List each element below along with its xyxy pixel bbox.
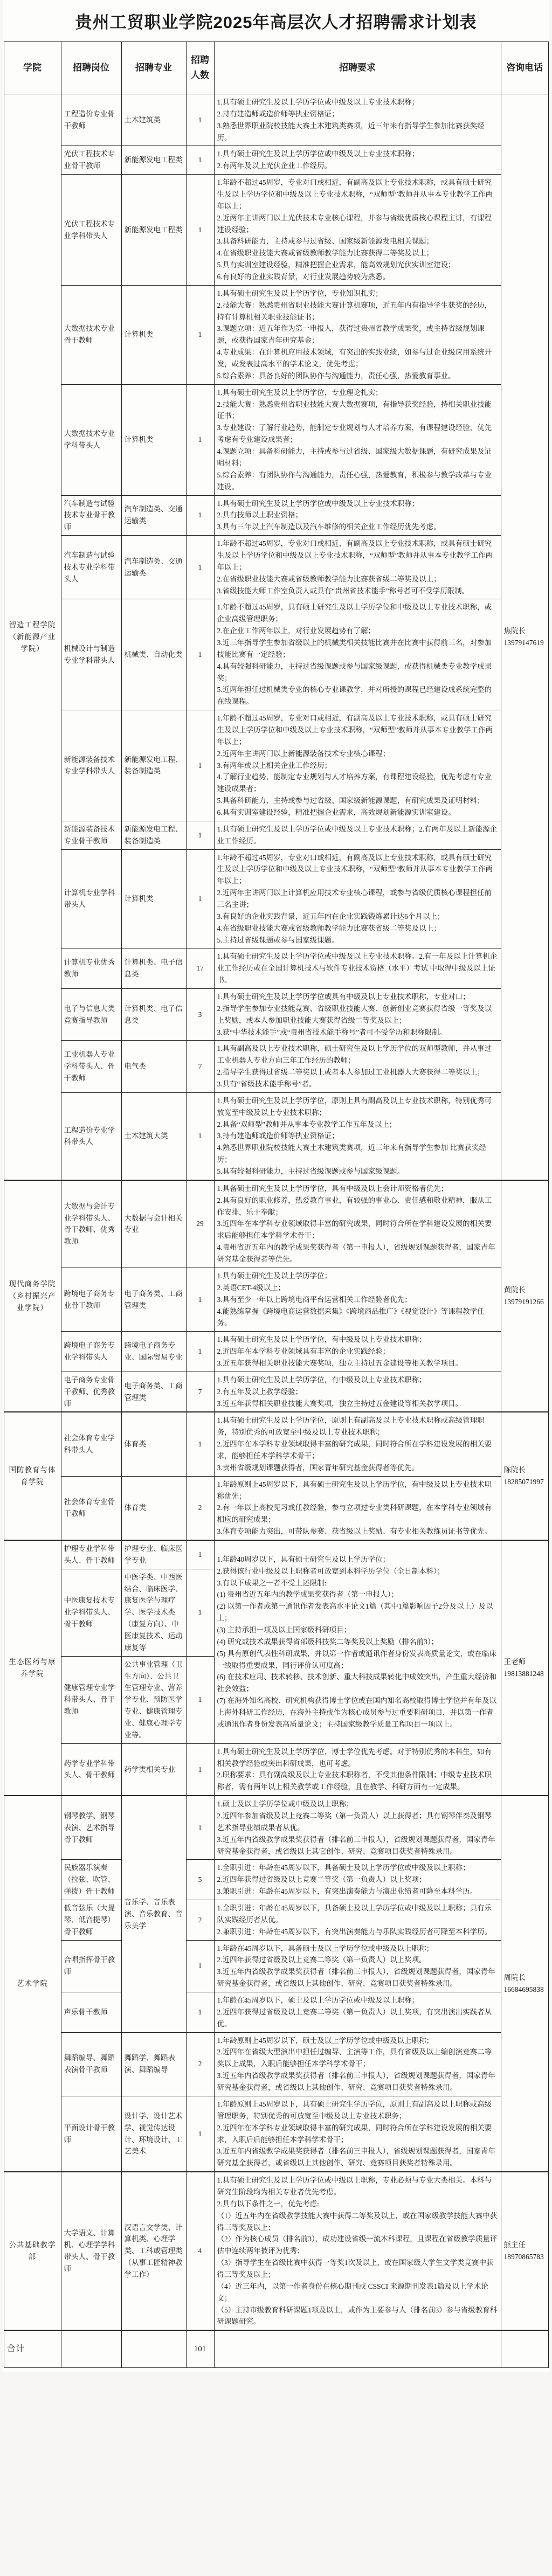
requirement-line: 3.课题立项：近五年作为第一申报人，获得过贵州省教学成果奖，或主持省级规划课题，… xyxy=(217,323,498,347)
header-college: 学院 xyxy=(4,42,61,94)
position-cell: 声乐骨干教师 xyxy=(61,1992,121,2033)
requirement-line: 3.兼职引进：年龄在45周岁以下，有突出演奏能力与演出业绩者可降至本科学历。 xyxy=(217,1886,498,1898)
position-cell: 汽车制造与试验技术专业学科带头人 xyxy=(61,536,121,599)
phone-cell: 黄院长13979191266 xyxy=(501,1180,548,1412)
requirement-line: 6.有良好的企业实践背景，对行业发展趋势较为熟悉。 xyxy=(217,271,498,283)
requirements-cell: 1.具有硕士研究生及以上学历学位，专业理论扎实；2.技能大赛：熟悉贵州省职业技能… xyxy=(214,384,501,495)
requirement-line: 2.获得该行业中级及以上职称者可放宽到本科学历学位（全日制本科）； xyxy=(217,1566,498,1577)
requirement-line: 3.熟悉世界职业院校技能大赛土木建筑类赛项，近三年来有指导学生参加比赛获奖经历。 xyxy=(217,120,498,144)
requirement-line: 1.具有硕士研究生及以上学历学位，博士学位优先考虑。对于特别优秀的本科生，如有相… xyxy=(217,1746,498,1770)
contact-phone: 19813881248 xyxy=(504,1668,546,1680)
table-row: 国防教育与体育学院社会体育专业学科带头人体育类11.具有硕士研究生及以上学历学位… xyxy=(4,1412,548,1476)
major-cell: 计算机类、电子信息类 xyxy=(121,948,186,989)
requirement-line: 4.熟悉世界职业院校技能大赛土木建筑类赛项，近三年来有指导学生参加 比赛获奖经历… xyxy=(217,1142,498,1166)
requirements-cell: 1.具有硕士研究生及以上学历学位，原则上有副高及以上专业技术职称或高级管理职务，… xyxy=(214,1412,501,1476)
count-cell: 5 xyxy=(186,1860,214,1900)
position-cell: 计算机专业优秀教师 xyxy=(61,948,121,989)
requirements-cell: 1.年龄不超过45周岁，具有硕士研究生及以上学历学位和中级及以上专业技术职称，或… xyxy=(214,599,501,710)
requirement-line: 1.年龄在45周岁以下，硕士及以上学历学位或中级及以上职称； xyxy=(217,1995,498,2006)
position-cell: 计算机专业学科带头人 xyxy=(61,849,121,948)
requirements-cell: 1.具有硕士研究生及以上学历学位或中级及以上专业技术职称。2.有一年及以上计算机… xyxy=(214,948,501,989)
position-cell: 平面设计骨干教师 xyxy=(61,2096,121,2172)
requirement-line: 1.具有硕士研究生及以上学历学位或中级及以上专业技术职称； xyxy=(217,498,498,510)
major-cell: 设计学、设计艺术学、视觉传达设计、环境设计、工艺美术 xyxy=(121,2096,186,2172)
requirement-line: 2.近两年主讲两门以上新能源装备技术专业核心课程； xyxy=(217,748,498,760)
requirement-line: (5) 具有原创代表性科研成果，并以第一作者或通讯作者身份发表高质量论文，或在临… xyxy=(217,1648,498,1672)
requirement-line: 2.近四年获得过省级及以上竞赛二等奖（第一负责人）以上奖项； xyxy=(217,1874,498,1886)
college-cell: 公共基础教学部 xyxy=(4,2172,61,2330)
table-row: 大数据技术专业骨干教师计算机类11.具有硕士研究生及以上学历学位，专业知识扎实；… xyxy=(4,285,548,384)
major-cell: 新能源发电工程类 xyxy=(121,175,186,286)
college-cell: 艺术学院 xyxy=(4,1796,61,2172)
count-cell: 1 xyxy=(186,1569,214,1656)
requirement-line: 2.近四年在省级大型演出中担任过编导、主演等工作，具有省级及以上编创演竞赛二等奖… xyxy=(217,2046,498,2070)
requirement-line: 1.具有硕士研究生及以上学历学位； xyxy=(217,1270,498,1282)
table-row: 合唱指挥骨干教师11.年龄在45周岁以下，具备硕士及以上学历学位或中级及以上职称… xyxy=(4,1940,548,1992)
count-cell: 1 xyxy=(186,1092,214,1180)
requirement-line: 2.指导学生参加专业技能竞赛、省级职业技能大赛、创新创业竞赛获得省级一等奖及以上… xyxy=(217,1003,498,1027)
major-cell: 新能源发电工程、装备制造类 xyxy=(121,821,186,849)
table-row: 生态医药与康养学院护理专业学科带头人、骨干教师护理专业、临床医学专业11.年龄4… xyxy=(4,1540,548,1569)
phone-cell: 周院长16684695838 xyxy=(501,1796,548,2172)
requirement-line: 3.有良好的企业实践背景，近五年内在企业实践锻炼累计达6个月以上； xyxy=(217,911,498,923)
requirement-line: 1.年龄原则上45周岁以下，具有硕士研究生及以上学历学位，有中级及以上专业技术职… xyxy=(217,1479,498,1502)
phone-cell: 王老师19813881248 xyxy=(501,1540,548,1796)
college-cell: 生态医药与康养学院 xyxy=(4,1540,61,1796)
table-row: 汽车制造与试验技术专业学科带头人汽车制造类、交通运输类11.年龄不超过45周岁，… xyxy=(4,536,548,599)
requirements-cell: 1.具有硕士研究生及以上学历学位或中级以上职称，专业必须与专业大类相关。本科与研… xyxy=(214,2172,501,2330)
total-phone-empty xyxy=(501,2330,548,2368)
requirement-line: 1.年龄原则上45周岁以下，具有硕士研究生学历学位，原则上有副高及以上职称或高级… xyxy=(217,2099,498,2122)
requirement-line: 5.综合素养：具备良好的团队协作与沟通能力，责任心强，热爱教育事业。 xyxy=(217,370,498,382)
phone-cell: 熊主任18970865783 xyxy=(501,2172,548,2330)
requirement-line: 3.近五年内省级教学成果奖获得者（排名前三申报人），省级规划课题获得者，国家青年… xyxy=(217,1834,498,1858)
requirement-line: 1.硕士及以上学历学位或中级及以上职称； xyxy=(217,1798,498,1810)
requirement-line: 2.技能大赛：熟悉贵州省职业技能大赛大数据赛项，有指导获奖经验，持相关职业技能证… xyxy=(217,399,498,423)
header-count: 招聘 人数 xyxy=(186,42,214,94)
requirement-line: 2.近四年参加省级及以上竞赛二等奖（第一负责人）以上获得者；具有钢琴伴奏及钢琴艺… xyxy=(217,1810,498,1834)
requirements-cell: 1.具有硕士研究生及以上学历学位或中级及以上专业技术职称；2.有两年及以上光伏企… xyxy=(214,146,501,175)
requirement-line: 2.近四年获得过省级及以上竞赛二等奖（第一负责人）以上奖项。 xyxy=(217,1954,498,1966)
major-cell: 土木建筑类 xyxy=(121,94,186,146)
requirement-line: 1.具有硕士研究生及以上学历学位，专业理论扎实； xyxy=(217,387,498,399)
requirement-line: 2.具有良好的职业修养，热爱教育事业，有较强的事业心、责任感和敬业精神，服从工作… xyxy=(217,1195,498,1218)
total-position-empty xyxy=(61,2330,121,2368)
major-cell: 护理专业、临床医学专业 xyxy=(121,1540,186,1569)
major-cell: 公共事业管理（卫生方向）、公共卫生管理专业、营养学专业、预防医学专业、健康管理专… xyxy=(121,1656,186,1743)
table-row: 工程造价专业学科带头人土木建筑大类11.具有硕士研究生及以上学历学位，原则上具有… xyxy=(4,1092,548,1180)
table-row: 低音弦乐（大提琴、低音提琴）骨干教师21.全职引进：年龄在45周岁以下，具备硕士… xyxy=(4,1900,548,1941)
requirement-line: 2.具有以下条件之一，优先考虑: xyxy=(217,2198,498,2210)
requirements-cell: 1.全职引进：年龄在45周岁以下，具备硕士及以上学历学位或中级及以上职称；具有乐… xyxy=(214,1900,501,1941)
requirement-line: （1）近五年内在省级教学技能大赛中获得二等奖及以上，或在国家级教学技能大赛中获得… xyxy=(217,2210,498,2234)
requirements-cell: 1.年龄原则上45周岁以下，具有硕士研究生学历学位，原则上有副高及以上职称或高级… xyxy=(214,2096,501,2172)
requirement-line: （4）近三年内，以第一作者身份在核心期刊或 CSSCI 来源期刊发表1篇及以上学… xyxy=(217,2281,498,2304)
requirement-line: 3.具有“省级技术能手称号”者。 xyxy=(217,1078,498,1090)
major-cell: 计算机类 xyxy=(121,285,186,384)
requirement-line: 3.近五年获得相关职业技能大赛奖项，独立主持过五金建设等相关教学项目。 xyxy=(217,1358,498,1369)
total-requirements-empty xyxy=(214,2330,501,2368)
position-cell: 民族器乐演奏（拉弦、吹管、弹拨）骨干教师 xyxy=(61,1860,121,1900)
header-position: 招聘岗位 xyxy=(61,42,121,94)
requirement-line: 3.近五年内省级教学成果奖获得者（排名前三申报人），省级规划课题获得者，国家青年… xyxy=(217,2070,498,2094)
requirements-cell: 1.年龄在45周岁以下，硕士及以上学历学位或中级及以上职称；2.近四年获得过省级… xyxy=(214,1992,501,2033)
contact-name: 周院长 xyxy=(504,1972,546,1984)
contact-name: 熊主任 xyxy=(504,2239,546,2251)
requirement-line: 5.具有实训室建设经验，精准把握企业需求，能高效规划光伏实训室建设； xyxy=(217,259,498,271)
position-cell: 大数据技术专业骨干教师 xyxy=(61,285,121,384)
contact-phone: 13979191266 xyxy=(504,1296,546,1308)
count-cell: 1 xyxy=(186,1332,214,1372)
requirements-cell: 1.具有副高及以上专业技术职称，硕士研究生及以上学历学位的双师型教师，并从事过工… xyxy=(214,1041,501,1092)
requirement-line: 1.年龄在45周岁以下，具备硕士及以上学历学位或中级及以上职称； xyxy=(217,1943,498,1955)
requirement-line: 5.主持过省级课题或参与国家级课题。 xyxy=(217,934,498,946)
requirement-line: 1.具有硕士研究生及以上学历学位，专业知识扎实； xyxy=(217,288,498,300)
position-cell: 电子与信息大类竞赛指导教师 xyxy=(61,989,121,1041)
requirement-line: 1.年龄40周岁以下，具有硕士研究生及以上学历学位； xyxy=(217,1554,498,1566)
count-cell: 1 xyxy=(186,1796,214,1860)
major-cell: 计算机类、电子信息类 xyxy=(121,989,186,1041)
requirement-line: (2) 以第一作者或第一通讯作者发表高水平论文1篇（其中1篇影响因子2分及以上）… xyxy=(217,1601,498,1624)
requirements-cell: 1.年龄在45周岁以下，具备硕士及以上学历学位或中级及以上职称；2.近四年获得过… xyxy=(214,1940,501,1992)
requirement-line: （2）作为核心成员（排名前3），成功建设省级一流本科课程，且课程在省级教学质量评… xyxy=(217,2233,498,2257)
requirement-line: 2.持有建造师或造价师等执业资格证； xyxy=(217,108,498,120)
count-cell: 1 xyxy=(186,1268,214,1331)
table-row: 社会体育专业骨干教师体育类21.年龄原则上45周岁以下，具有硕士研究生及以上学历… xyxy=(4,1476,548,1540)
table-row: 工业机器人专业学科带头人、骨干教师电气类71.具有副高及以上专业技术职称，硕士研… xyxy=(4,1041,548,1092)
table-row: 跨境电子商务专业骨干教师电子商务类、工商管理类11.具有硕士研究生及以上学历学位… xyxy=(4,1268,548,1331)
count-cell: 17 xyxy=(186,948,214,989)
position-cell: 药学专业学科带头人、骨干教师 xyxy=(61,1743,121,1796)
phone-cell: 焦院长13979147619 xyxy=(501,94,548,1180)
contact-phone: 13979147619 xyxy=(504,637,546,649)
requirements-cell: 1.年龄原则上45周岁以下，硕士及以上学历学位或中级及以上职称；2.近四年在省级… xyxy=(214,2032,501,2096)
count-cell: 1 xyxy=(186,384,214,495)
requirement-line: 2.技能大赛：熟悉贵州省职业技能大赛计算机赛项，近五年内有指导学生获奖的经历，持… xyxy=(217,300,498,323)
requirement-line: 4.在省级职业技能大赛或省级教师教学能力比赛获省级二等奖及以上； xyxy=(217,923,498,934)
position-cell: 汽车制造与试验技术专业骨干教师 xyxy=(61,495,121,536)
major-cell: 中医学类、中西医结合、临床医学、康复医学与理疗学、医学技术类（康复方向）、中医康… xyxy=(121,1569,186,1656)
requirement-line: 2.在省级职业技能大赛或省级教师教学能力比赛获省级二等奖及以上； xyxy=(217,573,498,585)
major-cell: 音乐学、音乐表演、音乐教育、音乐美学 xyxy=(121,1796,186,2032)
count-cell: 7 xyxy=(186,1372,214,1412)
count-cell: 1 xyxy=(186,1992,214,2033)
count-cell: 1 xyxy=(186,599,214,710)
requirement-line: (3) 主持承担一项及以上国家级科研项目； xyxy=(217,1624,498,1636)
requirement-line: (7) 在海外知名高校、研究机构获得博士学位或在国内知名高校取得博士学位并有年及… xyxy=(217,1695,498,1730)
requirement-line: 3.近五年获得相关职业技能大赛奖项，独立主持过五金建设等相关教学项目。 xyxy=(217,1398,498,1410)
recruitment-table: 学院 招聘岗位 招聘专业 招聘 人数 招聘要求 咨询电话 智造工程学院（新能源产… xyxy=(4,41,549,2368)
requirement-line: 3.近三年指导学生参加省级以上的机械类相关技能比赛并在比赛中获得前三名，对参加技… xyxy=(217,637,498,661)
major-cell: 大数据与会计相关专业 xyxy=(121,1180,186,1268)
position-cell: 跨境电子商务专业骨干教师 xyxy=(61,1268,121,1331)
requirement-line: 2.在企业工作两年以上，对行业发展趋势有了解； xyxy=(217,625,498,637)
requirements-cell: 1.具有硕士研究生及以上学历学位或中级及以上专业技术职称；2.持有建造师或造价师… xyxy=(214,94,501,146)
requirement-line: 3.贵州省级规划课题获得者，国家青年研究基金获得者等优先。 xyxy=(217,1462,498,1474)
requirements-cell: 1.具有硕士研究生及以上学历学位，原则上具有副高及以上专业技术职称，特别优秀可放… xyxy=(214,1092,501,1180)
requirement-line: 4.能熟练掌握《跨境电商运营数据采集》《跨境商品推广》《视觉设计》等课程教学任务… xyxy=(217,1306,498,1329)
total-label: 合计 xyxy=(4,2330,61,2368)
position-cell: 电子商务专业骨干教师、优秀教师 xyxy=(61,1372,121,1412)
college-cell: 国防教育与体育学院 xyxy=(4,1412,61,1540)
count-cell: 1 xyxy=(186,1743,214,1796)
table-body: 智造工程学院（新能源产业学院）工程造价专业骨干教师土木建筑类11.具有硕士研究生… xyxy=(4,94,548,2368)
total-major-empty xyxy=(121,2330,186,2368)
count-cell: 1 xyxy=(186,495,214,536)
count-cell: 1 xyxy=(186,821,214,849)
count-cell: 1 xyxy=(186,710,214,821)
contact-phone: 18970865783 xyxy=(504,2251,546,2263)
position-cell: 工程造价专业骨干教师 xyxy=(61,94,121,146)
table-row: 声乐骨干教师11.年龄在45周岁以下，硕士及以上学历学位或中级及以上职称；2.近… xyxy=(4,1992,548,2033)
requirements-cell: 1.具有硕士研究生及以上学历学位，专业知识扎实；2.技能大赛：熟悉贵州省职业技能… xyxy=(214,285,501,384)
major-cell: 机械类、自动化类 xyxy=(121,599,186,710)
table-row: 民族器乐演奏（拉弦、吹管、弹拨）骨干教师51.全职引进：年龄在45周岁以下，具备… xyxy=(4,1860,548,1900)
count-cell: 2 xyxy=(186,1476,214,1540)
contact-name: 焦院长 xyxy=(504,625,546,637)
header-major: 招聘专业 xyxy=(121,42,186,94)
requirement-line: 4.具有较强科研能力，主持过省级课题或参与国家级课题，或获得机械类专业教学成果奖… xyxy=(217,661,498,684)
count-cell: 2 xyxy=(186,1900,214,1941)
requirement-line: 3.体育专项能力突出，可带队参赛、获省级以上奖励、有专业相关教练员证书等优先。 xyxy=(217,1526,498,1538)
requirements-cell: 1.年龄40周岁以下，具有硕士研究生及以上学历学位；2.获得该行业中级及以上职称… xyxy=(214,1540,501,1743)
position-cell: 中医康复技术专业学科带头人、骨干教师 xyxy=(61,1569,121,1656)
table-row: 新能源装备技术专业学科带头人新能源发电工程、装备制造类11.年龄不超过45周岁，… xyxy=(4,710,548,821)
requirement-line: 1.具有硕士研究生及以上学历学位，原则上有副高及以上专业技术职称或高级管理职务，… xyxy=(217,1415,498,1438)
requirement-line: 2.有五年及以上教学经验； xyxy=(217,1386,498,1398)
requirement-line: 2.有一年以上高校见习或任教经验，参与立项过专业类科研课题，在本学科专业领域有相… xyxy=(217,1502,498,1526)
position-cell: 健康管理专业学科带头人、骨干教师 xyxy=(61,1656,121,1743)
requirement-line: 2.近两年主讲两门以上计算机应用技术专业核心课程，或参与省级优质核心课程担任前三… xyxy=(217,887,498,911)
table-row: 新能源装备技术专业骨干教师新能源发电工程、装备制造类11.具有硕士研究生及以上学… xyxy=(4,821,548,849)
contact-phone: 16684695838 xyxy=(504,1984,546,1996)
requirement-line: 1.具有硕士研究生及以上学历学位或中级及以上专业技术职称； xyxy=(217,148,498,160)
requirement-line: 2.职称要求：具有副高级及以上专业技术职称者，不受其他条件限制；中级专业技术职称… xyxy=(217,1769,498,1793)
position-cell: 护理专业学科带头人、骨干教师 xyxy=(61,1540,121,1569)
table-row: 大数据技术专业学科带头人计算机类11.具有硕士研究生及以上学历学位，专业理论扎实… xyxy=(4,384,548,495)
requirement-line: 1.全职引进：年龄在45周岁以下，具备硕士及以上学历学位或中级及以上职称；具有乐… xyxy=(217,1902,498,1926)
table-row: 电子与信息大类竞赛指导教师计算机类、电子信息类31.具有硕士研究生及以上学历学位… xyxy=(4,989,548,1041)
requirements-cell: 1.具有硕士研究生及以上学历学位；2.英语CET-4级以上；3.具有至少一年以上… xyxy=(214,1268,501,1331)
header-requirements: 招聘要求 xyxy=(214,42,501,94)
count-cell: 1 xyxy=(186,536,214,599)
requirements-cell: 1.具有硕士研究生及以上学历学位或中级及以上专业技术职称；2.有两年及以上新能源… xyxy=(214,821,501,849)
header-row: 学院 招聘岗位 招聘专业 招聘 人数 招聘要求 咨询电话 xyxy=(4,42,548,94)
requirement-line: 3.近五年内省级教学成果奖获得者（排名前三申报人），省级规划课题获得者，国家青年… xyxy=(217,2145,498,2169)
major-cell: 体育类 xyxy=(121,1476,186,1540)
count-cell: 1 xyxy=(186,1540,214,1569)
requirement-line: 4.专业成果：在计算机应用技术领域，有突出的实践业绩，如参与过企业级应用系统开发… xyxy=(217,347,498,370)
table-row: 汽车制造与试验技术专业骨干教师汽车制造类、交通运输类11.具有硕士研究生及以上学… xyxy=(4,495,548,536)
table-row: 电子商务专业骨干教师、优秀教师电子商务类、工商管理类71.具有硕士研究生及以上学… xyxy=(4,1372,548,1412)
requirement-line: 4.贵州省近五年内的教学成果奖获得者（第一申报人），省级规划课题获得者，国家青年… xyxy=(217,1242,498,1265)
count-cell: 1 xyxy=(186,1656,214,1743)
major-cell: 体育类 xyxy=(121,1412,186,1476)
requirements-cell: 1.具有硕士研究生及以上学历学位，博士学位优先考虑。对于特别优秀的本科生，如有相… xyxy=(214,1743,501,1796)
requirement-line: 2.具有技师以上职业资格； xyxy=(217,509,498,521)
major-cell: 舞蹈学、舞蹈表演、舞蹈编导 xyxy=(121,2032,186,2096)
requirement-line: 5.近两年担任过机械类专业的核心专业课教学，并对所授的课程已经建设成系统完整的在… xyxy=(217,684,498,708)
requirements-cell: 1.全职引进：年龄在45周岁以下，具备硕士及以上学历学位或中级及以上职称；2.近… xyxy=(214,1860,501,1900)
count-cell: 29 xyxy=(186,1180,214,1268)
requirement-line: 1.年龄不超过45周岁，专业对口或相近，有副高及以上专业技术职称，或具有硕士研究… xyxy=(217,852,498,888)
count-cell: 2 xyxy=(186,2032,214,2096)
requirement-line: 1.年龄不超过45周岁，具有硕士研究生及以上学历学位和中级及以上专业技术职称，或… xyxy=(217,601,498,625)
major-cell: 电子商务类、工商管理类 xyxy=(121,1268,186,1331)
contact-name: 王老师 xyxy=(504,1656,546,1668)
major-cell: 跨境电子商务专业、国际贸易专业 xyxy=(121,1332,186,1372)
table-row: 光伏工程技术专业学科带头人新能源发电工程类11.年龄不超过45周岁，专业对口或相… xyxy=(4,175,548,286)
major-cell: 土木建筑大类 xyxy=(121,1092,186,1180)
requirement-line: 4.了解行业趋势，能制定专业规划与人才培养方案，有课程建设经验，优先考虑有专业建… xyxy=(217,771,498,795)
requirement-line: 1.年龄原则上45周岁以下，硕士及以上学历学位或中级及以上职称； xyxy=(217,2035,498,2047)
position-cell: 钢琴教学、钢琴表演、艺术指导骨干教师 xyxy=(61,1796,121,1860)
count-cell: 1 xyxy=(186,1940,214,1992)
phone-cell: 陈院长18285071997 xyxy=(501,1412,548,1540)
requirements-cell: 1.具有硕士研究生及以上学历学位，有中级及以上专业技术职称；2.有五年及以上教学… xyxy=(214,1372,501,1412)
requirements-cell: 1.具有硕士研究生及以上学历学位或中级及以上专业技术职称；2.具有技师以上职业资… xyxy=(214,495,501,536)
count-cell: 1 xyxy=(186,849,214,948)
requirement-line: 2.具备“双师型”教师并从事本专业教学工作五年及以上； xyxy=(217,1119,498,1131)
requirement-line: 1.具有硕士研究生及以上学历学位或具有中级及以上专业技术职称，专业对口； xyxy=(217,991,498,1003)
position-cell: 光伏工程技术专业骨干教师 xyxy=(61,146,121,175)
count-cell: 7 xyxy=(186,1041,214,1092)
position-cell: 新能源装备技术专业学科带头人 xyxy=(61,710,121,821)
table-row: 平面设计骨干教师设计学、设计艺术学、视觉传达设计、环境设计、工艺美术11.年龄原… xyxy=(4,2096,548,2172)
requirements-cell: 1.具有硕士研究生及以上学历学位或具有中级及以上专业技术职称，专业对口；2.指导… xyxy=(214,989,501,1041)
college-cell: 智造工程学院（新能源产业学院） xyxy=(4,94,61,1180)
position-cell: 社会体育专业骨干教师 xyxy=(61,1476,121,1540)
requirements-cell: 1.年龄不超过45周岁，专业对口或相近，有副高及以上专业技术职称，或具有硕士研究… xyxy=(214,175,501,286)
major-cell: 汽车制造类、交通运输类 xyxy=(121,495,186,536)
major-cell: 电子商务类、工商管理类 xyxy=(121,1372,186,1412)
major-cell: 计算机类 xyxy=(121,849,186,948)
requirement-line: 1.具有硕士研究生及以上学历学位，有中级及以上专业技术职称； xyxy=(217,1374,498,1386)
requirements-cell: 1.年龄原则上45周岁以下，具有硕士研究生及以上学历学位，有中级及以上专业技术职… xyxy=(214,1476,501,1540)
position-cell: 工业机器人专业学科带头人、骨干教师 xyxy=(61,1041,121,1092)
requirements-cell: 1.年龄不超过45周岁，专业对口或相近，有副高及以上专业技术职称，或具有硕士研究… xyxy=(214,710,501,821)
college-cell: 现代商务学院（乡村振兴产业学院） xyxy=(4,1180,61,1412)
contact-phone: 18285071997 xyxy=(504,1476,546,1488)
requirement-line: （5）主持市级教育科研课题1项及以上，或作为主要参与人（排名前3）参与省级教育科… xyxy=(217,2304,498,2328)
count-cell: 1 xyxy=(186,94,214,146)
requirement-line: 1.具有硕士研究生及以上学历学位，有中级及以上专业技术职称； xyxy=(217,1334,498,1346)
position-cell: 合唱指挥骨干教师 xyxy=(61,1940,121,1992)
major-cell: 电气类 xyxy=(121,1041,186,1092)
requirement-line: 1.年龄不超过45周岁，专业对口或相近，有副高及以上专业技术职称，或具有硕士研究… xyxy=(217,538,498,573)
requirement-line: 2.近四年在本学科专业领域取得丰富的研究成果，同时符合所在学科建设发展的相关要求… xyxy=(217,1438,498,1462)
total-row: 合计101 xyxy=(4,2330,548,2368)
requirement-line: 2.近四年在本学科专业领域取得丰富的研究成果，同时符合所在学科建设发展的相关要求… xyxy=(217,2122,498,2146)
document-page: 贵州工贸职业学院2025年高层次人才招聘需求计划表 学院 招聘岗位 招聘专业 招… xyxy=(3,0,549,2372)
major-cell: 汉语言文学类、计算机类、心理学类、工科或管理类（从事工匠精神教学工作） xyxy=(121,2172,186,2330)
requirement-line: 3.持有建造师或造价师等执业资格证； xyxy=(217,1130,498,1142)
requirements-cell: 1.年龄不超过45周岁，专业对口或相近，有副高及以上专业技术职称，或具有硕士研究… xyxy=(214,849,501,948)
position-cell: 大学语文、计算机、心理学学科带头人、骨干教师 xyxy=(61,2172,121,2330)
position-cell: 大数据与会计专业学科带头人、骨干教师、优秀教师 xyxy=(61,1180,121,1268)
requirement-line: 3.近四年在本学科专业领域取得丰富的研究成果，同时符合所在学科建设发展的相关要求… xyxy=(217,1218,498,1242)
count-cell: 1 xyxy=(186,175,214,286)
requirement-line: 6.具有实训室建设经验，精准把握企业需求，高效规划新能源实训室建设。 xyxy=(217,807,498,819)
requirement-line: (6) 在技术应用、技术转移、技术创新、重大科技成果转化中成效突出，产生重大经济… xyxy=(217,1671,498,1695)
requirement-line: 3.有以下成果之一者不受上述限制: xyxy=(217,1577,498,1589)
requirement-line: 3.获“中华技术能手”或“贵州省技术能手称号”者可不受学历和职称限制。 xyxy=(217,1027,498,1038)
requirement-line: 4.课题立项：具备科研能力，主持或参与过省级、国家级大数据课题，有研究成果及证明… xyxy=(217,446,498,469)
major-cell: 药学类相关专业 xyxy=(121,1743,186,1796)
requirement-line: 2.英语CET-4级以上； xyxy=(217,1282,498,1294)
table-row: 现代商务学院（乡村振兴产业学院）大数据与会计专业学科带头人、骨干教师、优秀教师大… xyxy=(4,1180,548,1268)
requirement-line: 1.年龄不超过45周岁，专业对口或相近，有副高及以上专业技术职称，或具有硕士研究… xyxy=(217,712,498,748)
requirement-line: 2.近四年在本学科专业领域具有丰富的企业实践经验； xyxy=(217,1346,498,1358)
requirement-line: 3.省级技能大师工作室负责人或具有“贵州省技术能手”称号者可不受学历限制。 xyxy=(217,585,498,597)
requirement-line: （3）指导学生在省级比赛中获得一等奖1次及以上，或在国家级大学生文学类竞赛中获得… xyxy=(217,2257,498,2281)
requirement-line: 3.近五年内省级教学成果奖获得者（排名前三申报人），省级规划课题获得者，国家青年… xyxy=(217,1966,498,1990)
table-row: 舞蹈编导、舞蹈表演骨干教师舞蹈学、舞蹈表演、舞蹈编导21.年龄原则上45周岁以下… xyxy=(4,2032,548,2096)
requirement-line: 1.具有硕士研究生及以上学历学位或中级及以上专业技术职称；2.有两年及以上新能源… xyxy=(217,823,498,847)
count-cell: 1 xyxy=(186,1412,214,1476)
requirement-line: 3.具有三年以上汽车制造以及汽车维修的相关企业工作经历优先考虑。 xyxy=(217,521,498,533)
position-cell: 低音弦乐（大提琴、低音提琴）骨干教师 xyxy=(61,1900,121,1941)
count-cell: 4 xyxy=(186,2172,214,2330)
major-cell: 汽车制造类、交通运输类 xyxy=(121,536,186,599)
table-row: 计算机专业优秀教师计算机类、电子信息类171.具有硕士研究生及以上学历学位或中级… xyxy=(4,948,548,989)
requirement-line: 4.在省级职业技能大赛或省级教师教学能力比赛获得二等奖及以上； xyxy=(217,247,498,259)
count-cell: 1 xyxy=(186,285,214,384)
contact-name: 陈院长 xyxy=(504,1464,546,1476)
requirement-line: 3.专业建设：了解行业趋势，能制定专业规划与人才培养方案，有课程建设经验，优先考… xyxy=(217,422,498,446)
requirement-line: 2.兼职引进：年龄在45周岁以下，有突出演奏能力与乐队实践经历者可降至本科学历。 xyxy=(217,1926,498,1938)
position-cell: 光伏工程技术专业学科带头人 xyxy=(61,175,121,286)
requirement-line: (4) 研究或技术成果获得省部级科技奖二等奖及以上奖励（排名前3）； xyxy=(217,1636,498,1648)
major-cell: 计算机类 xyxy=(121,384,186,495)
header-phone: 咨询电话 xyxy=(501,42,548,94)
requirement-line: 2.近四年获得过省级及以上竞赛二等奖（第一负责人）以上奖项，有突出演出实践者从优… xyxy=(217,2006,498,2030)
requirements-cell: 1.具有硕士研究生及以上学历学位，有中级及以上专业技术职称；2.近四年在本学科专… xyxy=(214,1332,501,1372)
table-row: 智造工程学院（新能源产业学院）工程造价专业骨干教师土木建筑类11.具有硕士研究生… xyxy=(4,94,548,146)
requirement-line: 5.具备科研能力，主持或参与过省级、国家级新能源课题，有研究成果及证明材料； xyxy=(217,795,498,807)
requirement-line: 1.具有硕士研究生及以上学历学位或中级以上职称，专业必须与专业大类相关。本科与研… xyxy=(217,2175,498,2198)
requirement-line: 1.年龄不超过45周岁，专业对口或相近，有副高及以上专业技术职称，或具有硕士研究… xyxy=(217,177,498,212)
major-cell: 新能源发电工程、装备制造类 xyxy=(121,710,186,821)
table-row: 艺术学院钢琴教学、钢琴表演、艺术指导骨干教师音乐学、音乐表演、音乐教育、音乐美学… xyxy=(4,1796,548,1860)
requirement-line: 1.全职引进：年龄在45周岁以下，具备硕士及以上学历学位或中级及以上职称； xyxy=(217,1862,498,1874)
requirement-line: 3.有两年或以上相关企业工作经历； xyxy=(217,760,498,772)
position-cell: 跨境电子商务专业学科带头人 xyxy=(61,1332,121,1372)
requirements-cell: 1.年龄不超过45周岁，专业对口或相近，有副高及以上专业技术职称，或具有硕士研究… xyxy=(214,536,501,599)
table-row: 药学专业学科带头人、骨干教师药学类相关专业11.具有硕士研究生及以上学历学位，博… xyxy=(4,1743,548,1796)
total-count: 101 xyxy=(186,2330,214,2368)
table-row: 计算机专业学科带头人计算机类11.年龄不超过45周岁，专业对口或相近，有副高及以… xyxy=(4,849,548,948)
table-row: 光伏工程技术专业骨干教师新能源发电工程类11.具有硕士研究生及以上学历学位或中级… xyxy=(4,146,548,175)
requirement-line: 3.具有至少一年以上跨境电商平台运营相关工作经验者优先； xyxy=(217,1294,498,1306)
table-row: 机械设计与制造专业学科带头人机械类、自动化类11.年龄不超过45周岁，具有硕士研… xyxy=(4,599,548,710)
requirement-line: 2.指导学生获得过省级二等奖以上或者本人参加过工业机器人大赛获得二等奖以上； xyxy=(217,1067,498,1078)
requirements-cell: 1.具备硕士研究生及以上学历学位，具有中级及以上会计师资格者优先；2.具有良好的… xyxy=(214,1180,501,1268)
requirement-line: 1.具有硕士研究生及以上学历学位，原则上具有副高及以上专业技术职称，特别优秀可放… xyxy=(217,1095,498,1119)
requirement-line: 2.近两年主讲两门以上光伏技术专业核心课程，并参与省级优质核心课程主讲，有课程建… xyxy=(217,212,498,236)
requirement-line: 1.具有硕士研究生及以上学历学位或中级及以上专业技术职称。2.有一年及以上计算机… xyxy=(217,951,498,986)
position-cell: 机械设计与制造专业学科带头人 xyxy=(61,599,121,710)
count-cell: 3 xyxy=(186,989,214,1041)
requirement-line: 5.具有较强科研能力，主持过省级课题或参与国家级课题。 xyxy=(217,1166,498,1178)
requirement-line: 1.具备硕士研究生及以上学历学位，具有中级及以上会计师资格者优先； xyxy=(217,1183,498,1195)
position-cell: 新能源装备技术专业骨干教师 xyxy=(61,821,121,849)
contact-name: 黄院长 xyxy=(504,1284,546,1296)
requirement-line: 2.有两年及以上光伏企业工作经历。 xyxy=(217,160,498,172)
position-cell: 大数据技术专业学科带头人 xyxy=(61,384,121,495)
position-cell: 工程造价专业学科带头人 xyxy=(61,1092,121,1180)
table-row: 跨境电子商务专业学科带头人跨境电子商务专业、国际贸易专业11.具有硕士研究生及以… xyxy=(4,1332,548,1372)
